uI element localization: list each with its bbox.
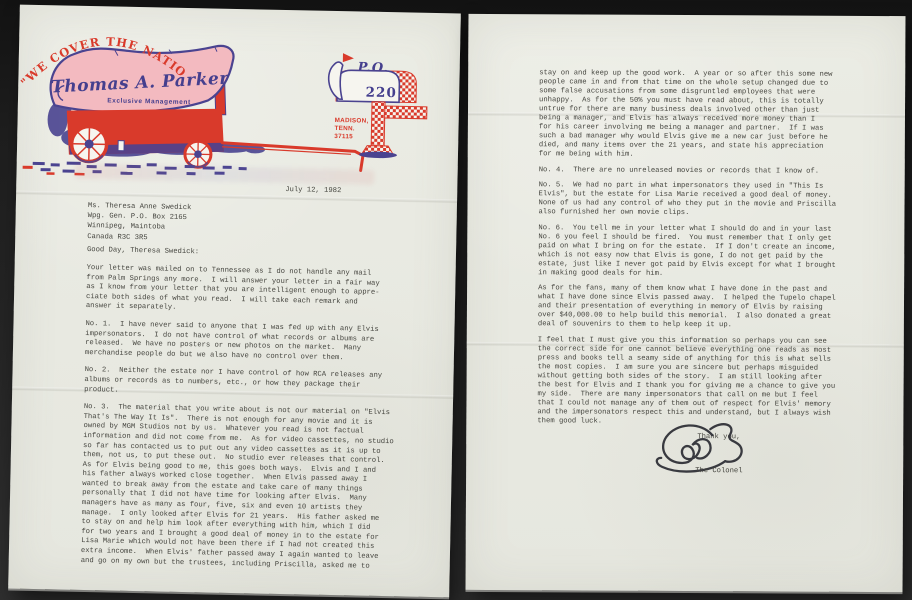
letter-paragraph: I feel that I must give you this informa…: [537, 336, 835, 428]
photo-background: Thomas A. Parker Exclusive Management: [0, 0, 912, 600]
letter-body-page2: stay on and keep up the good work. A yea…: [537, 69, 837, 434]
letter-paragraph: No. 5. We had no part in what impersonat…: [538, 181, 836, 219]
salutation: Good Day, Theresa Swedick:: [87, 246, 199, 258]
wagon-wheel-right: [185, 141, 212, 168]
letter-page-1: Thomas A. Parker Exclusive Management: [8, 5, 461, 598]
letter-paragraph: As for the fans, many of them know what …: [538, 284, 836, 331]
letter-paragraph: stay on and keep up the good work. A yea…: [539, 69, 837, 161]
mailbox-flag: [343, 53, 354, 65]
letter-page-2: stay on and keep up the good work. A yea…: [465, 14, 905, 592]
fold-crease: [16, 191, 457, 204]
letter-body-page1: Your letter was mailed on to Tennessee a…: [80, 264, 397, 580]
letter-paragraph: Your letter was mailed on to Tennessee a…: [86, 264, 397, 318]
letter-date: July 12, 1982: [285, 186, 341, 197]
svg-text:MADISON,: MADISON,: [335, 117, 369, 125]
mailbox-number: 220: [365, 85, 397, 102]
mailbox-icon: P.O. 220 MADISON, TENN. 37115: [327, 53, 428, 159]
letter-paragraph: No. 4. There are no unreleased movies or…: [539, 166, 837, 177]
wagon-wheel-left: [71, 126, 107, 162]
letter-paragraph: No. 3. The material that you write about…: [81, 403, 395, 572]
ground-texture: [33, 161, 247, 177]
recipient-address: Ms. Theresa Anne Swedick Wpg. Gen. P.O. …: [87, 201, 191, 244]
mailbox-door: [328, 62, 343, 99]
svg-text:37115: 37115: [334, 133, 353, 140]
signature-name: The Colonel: [695, 467, 743, 477]
letterhead-graphic: Thomas A. Parker Exclusive Management: [16, 15, 461, 184]
svg-text:TENN.: TENN.: [334, 125, 355, 132]
letter-paragraph: No. 2. Neither the estate nor I have con…: [84, 366, 395, 401]
letter-paragraph: No. 1. I have never said to anyone that …: [85, 320, 396, 365]
letter-paragraph: No. 6. You tell me in your letter what I…: [538, 224, 836, 280]
